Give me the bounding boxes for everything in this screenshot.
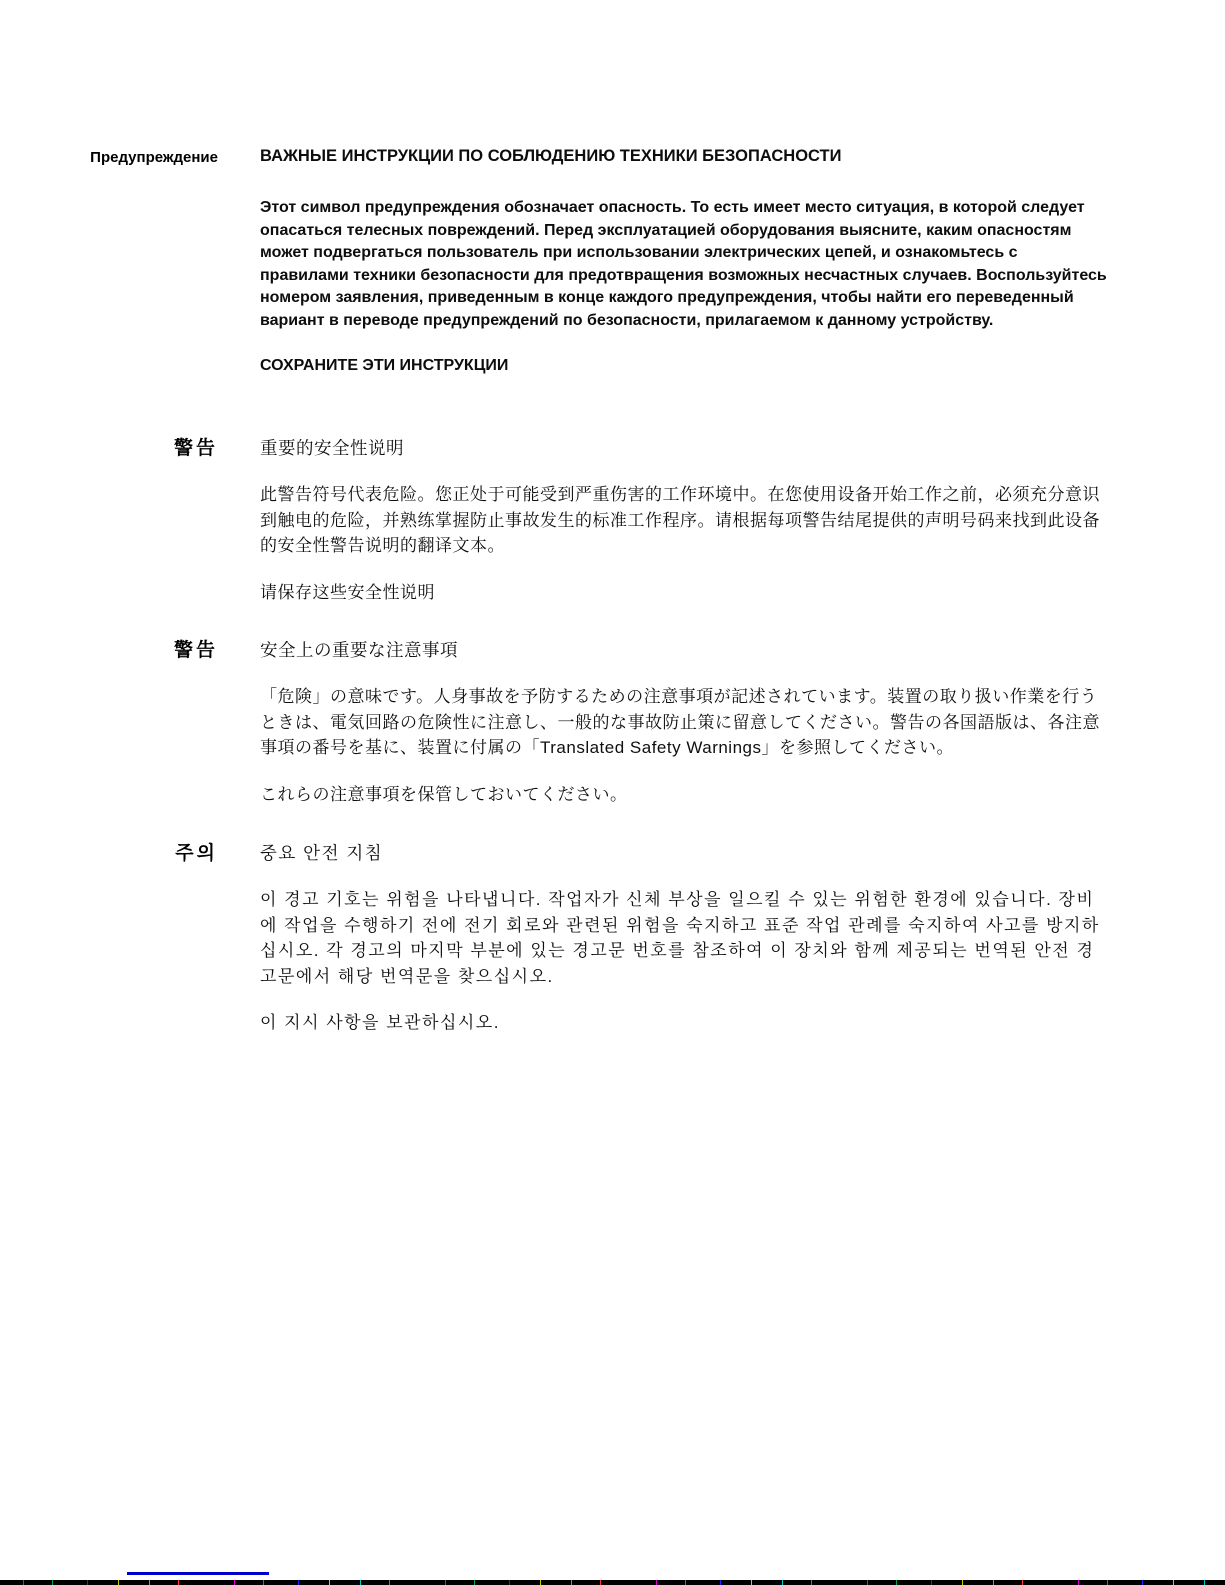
page-edge-scan-line: [0, 1580, 1225, 1585]
save-instructions-line: СОХРАНИТЕ ЭТИ ИНСТРУКЦИИ: [260, 355, 1108, 378]
warning-heading: 중요 안전 지침: [260, 841, 1108, 866]
document-page: Предупреждение ВАЖНЫЕ ИНСТРУКЦИИ ПО СОБЛ…: [0, 0, 1225, 1585]
warning-label: 警告: [0, 436, 218, 461]
warning-label: 警告: [0, 638, 218, 663]
warning-section-russian: Предупреждение ВАЖНЫЕ ИНСТРУКЦИИ ПО СОБЛ…: [0, 146, 1108, 378]
warning-body: 「危険」の意味です。人身事故を予防するための注意事項が記述されています。装置の取…: [260, 684, 1108, 761]
warning-body: 이 경고 기호는 위험을 나타냅니다. 작업자가 신체 부상을 일으킬 수 있는…: [260, 887, 1108, 989]
warning-heading: ВАЖНЫЕ ИНСТРУКЦИИ ПО СОБЛЮДЕНИЮ ТЕХНИКИ …: [260, 146, 1108, 167]
save-instructions-line: これらの注意事項を保管しておいてください。: [260, 782, 1108, 808]
caution-label: 주의: [0, 841, 218, 866]
save-instructions-line: 请保存这些安全性说明: [260, 580, 1108, 606]
warning-heading: 重要的安全性说明: [260, 436, 1108, 461]
warning-heading: 安全上の重要な注意事項: [260, 638, 1108, 663]
warning-section-japanese: 警告 安全上の重要な注意事項 「危険」の意味です。人身事故を予防するための注意事…: [0, 638, 1108, 807]
warning-body: 此警告符号代表危险。您正处于可能受到严重伤害的工作环境中。在您使用设备开始工作之…: [260, 482, 1108, 559]
warning-section-korean: 주의 중요 안전 지침 이 경고 기호는 위험을 나타냅니다. 작업자가 신체 …: [0, 841, 1108, 1036]
warning-body: Этот символ предупреждения обозначает оп…: [260, 197, 1108, 332]
footer-blue-rule: [127, 1572, 269, 1575]
save-instructions-line: 이 지시 사항을 보관하십시오.: [260, 1010, 1108, 1036]
warning-section-chinese: 警告 重要的安全性说明 此警告符号代表危险。您正处于可能受到严重伤害的工作环境中…: [0, 436, 1108, 605]
warning-label: Предупреждение: [0, 146, 218, 168]
